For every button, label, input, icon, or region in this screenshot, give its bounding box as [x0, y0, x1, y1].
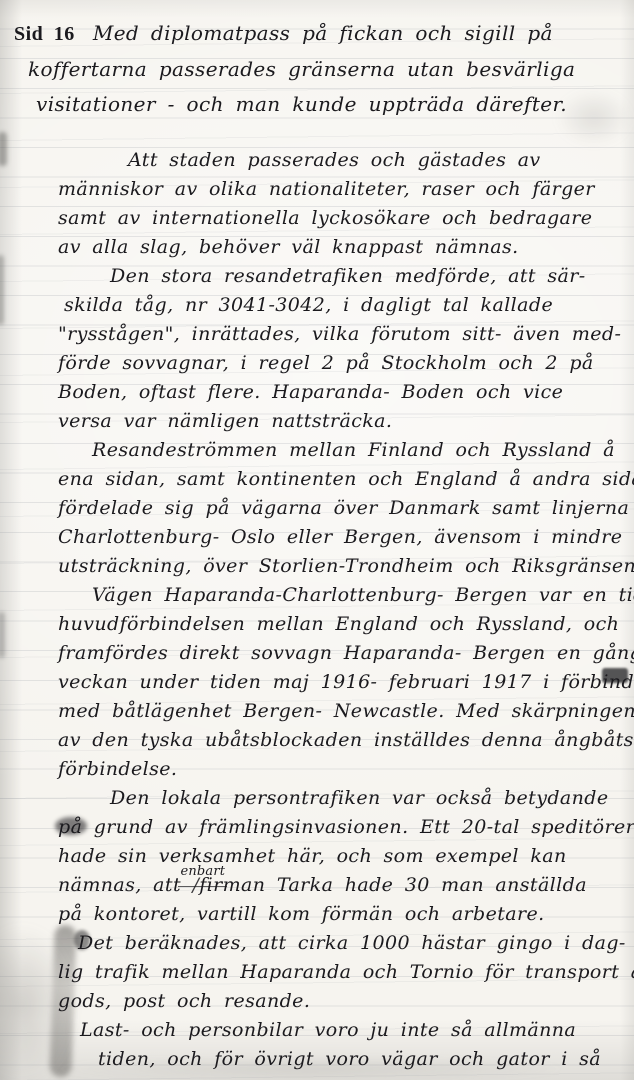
- handwritten-line: Den stora resandetrafiken medförde, att …: [110, 262, 634, 291]
- handwritten-line: versa var nämligen nattsträcka.: [58, 407, 634, 436]
- handwritten-line: utsträckning, över Storlien-Trondheim oc…: [58, 552, 634, 581]
- intro-paragraph: Sid 16Med diplomatpass på fickan och sig…: [0, 0, 634, 122]
- handwritten-line: nämnas, att /enbartfirman Tarka hade 30 …: [58, 871, 634, 900]
- handwritten-line: Den lokala persontrafiken var också bety…: [110, 784, 634, 813]
- handwritten-line: förde sovvagnar, i regel 2 på Stockholm …: [58, 349, 634, 378]
- handwritten-line: veckan under tiden maj 1916- februari 19…: [58, 668, 634, 697]
- page-number: Sid 16: [14, 23, 75, 45]
- handwritten-line: av den tyska ubåtsblockaden inställdes d…: [58, 726, 634, 755]
- handwritten-line: gods, post och resande.: [58, 987, 634, 1016]
- handwritten-line: hade sin verksamhet här, och som exempel…: [58, 842, 634, 871]
- handwritten-line: fördelade sig på vägarna över Danmark sa…: [58, 494, 634, 523]
- handwritten-text: Sid 16Med diplomatpass på fickan och sig…: [0, 0, 634, 1074]
- inserted-word: enbart: [178, 857, 227, 887]
- handwritten-line: lig trafik mellan Haparanda och Tornio f…: [58, 958, 634, 987]
- handwritten-line: huvudförbindelsen mellan England och Rys…: [58, 610, 634, 639]
- body-text: Att staden passerades och gästades av mä…: [0, 122, 634, 1074]
- handwritten-line: samt av internationella lyckosökare och …: [58, 204, 634, 233]
- handwritten-line: koffertarna passerades gränserna utan be…: [28, 52, 634, 87]
- handwritten-line: "rysstågen", inrättades, vilka förutom s…: [58, 320, 634, 349]
- handwritten-line: Last- och personbilar voro ju inte så al…: [80, 1016, 634, 1045]
- handwritten-line: Boden, oftast flere. Haparanda- Boden oc…: [58, 378, 634, 407]
- handwritten-line: Sid 16Med diplomatpass på fickan och sig…: [14, 16, 634, 52]
- handwritten-line: av alla slag, behöver väl knappast nämna…: [58, 233, 634, 262]
- handwritten-line: tiden, och för övrigt voro vägar och gat…: [98, 1045, 634, 1074]
- handwritten-line: Vägen Haparanda-Charlottenburg- Bergen v…: [92, 581, 634, 610]
- insertion-mark: /enbart: [192, 874, 199, 896]
- handwritten-line: på kontoret, vartill kom förmän och arbe…: [58, 900, 634, 929]
- handwritten-line: på grund av främlingsinvasionen. Ett 20-…: [58, 813, 634, 842]
- handwritten-line: Resandeströmmen mellan Finland och Ryssl…: [92, 436, 634, 465]
- handwritten-line: Det beräknades, att cirka 1000 hästar gi…: [78, 929, 634, 958]
- handwritten-line: med båtlägenhet Bergen- Newcastle. Med s…: [58, 697, 634, 726]
- line-text: firman Tarka hade 30 man anställda: [199, 874, 587, 896]
- handwritten-line: ena sidan, samt kontinenten och England …: [58, 465, 634, 494]
- handwritten-line: Charlottenburg- Oslo eller Bergen, ävens…: [58, 523, 634, 552]
- handwritten-line: förbindelse.: [58, 755, 634, 784]
- handwritten-line: Att staden passerades och gästades av: [128, 146, 634, 175]
- scanned-page: Sid 16Med diplomatpass på fickan och sig…: [0, 0, 634, 1080]
- handwritten-line: människor av olika nationaliteter, raser…: [58, 175, 634, 204]
- line-text: Med diplomatpass på fickan och sigill på: [93, 21, 553, 45]
- handwritten-line: visitationer - och man kunde uppträda dä…: [36, 87, 634, 122]
- line-text: nämnas, att: [58, 874, 181, 896]
- handwritten-line: skilda tåg, nr 3041-3042, i dagligt tal …: [64, 291, 634, 320]
- handwritten-line: framfördes direkt sovvagn Haparanda- Ber…: [58, 639, 634, 668]
